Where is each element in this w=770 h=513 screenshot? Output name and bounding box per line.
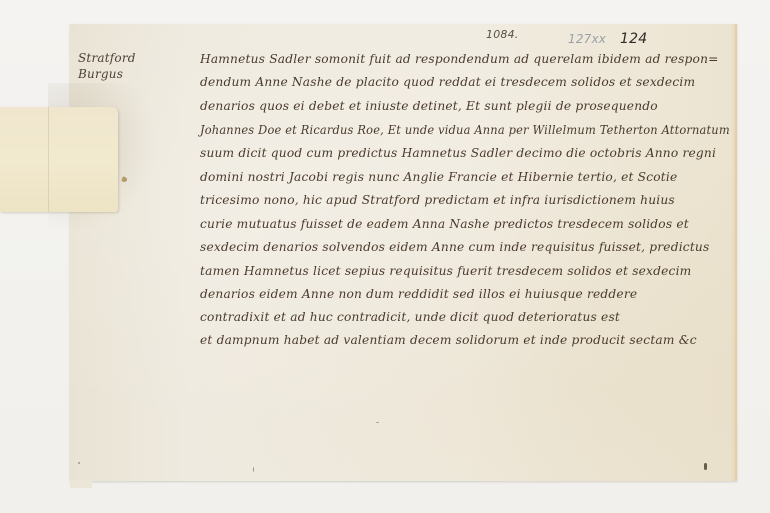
- text-line: dendum Anne Nashe de placito quod reddat…: [200, 72, 730, 92]
- tab-crease: [48, 107, 49, 212]
- text-line: suum dicit quod cum predictus Hamnetus S…: [200, 143, 730, 163]
- text-line: domini nostri Jacobi regis nunc Anglie F…: [200, 167, 730, 187]
- text-line: contradixit et ad huc contradicit, unde …: [200, 307, 730, 327]
- text-line: sexdecim denarios solvendos eidem Anne c…: [200, 237, 730, 257]
- page-edge: [731, 24, 737, 481]
- ink-speck: [376, 422, 379, 423]
- text-line: curie mutuatus fuisset de eadem Anna Nas…: [200, 214, 730, 234]
- photo-stage: 1084. 127xx 124 Stratford Burgus Hamnetu…: [0, 0, 770, 513]
- text-line: denarios quos ei debet et iniuste detine…: [200, 96, 730, 116]
- ink-speck: [253, 467, 254, 472]
- margin-note: Stratford Burgus: [78, 50, 136, 82]
- text-line: denarios eidem Anne non dum reddidit sed…: [200, 284, 730, 304]
- ink-speck: [78, 462, 80, 464]
- text-line: Hamnetus Sadler somonit fuit ad responde…: [200, 49, 730, 69]
- margin-note-line: Stratford: [78, 50, 136, 66]
- folio-pencil-number: 127xx: [568, 32, 606, 46]
- text-line: tricesimo nono, hic apud Stratford predi…: [200, 190, 730, 210]
- bottom-paper-tab: [70, 480, 92, 488]
- folio-main-number: 124: [620, 31, 647, 47]
- text-line: tamen Hamnetus licet sepius requisitus f…: [200, 261, 730, 281]
- margin-note-line: Burgus: [78, 66, 136, 82]
- ink-speck: [704, 463, 707, 470]
- text-line: Johannes Doe et Ricardus Roe, Et unde vi…: [200, 120, 696, 140]
- text-line: et dampnum habet ad valentiam decem soli…: [200, 330, 730, 350]
- folio-old-number: 1084.: [486, 28, 519, 41]
- folded-paper-tab: [0, 107, 118, 212]
